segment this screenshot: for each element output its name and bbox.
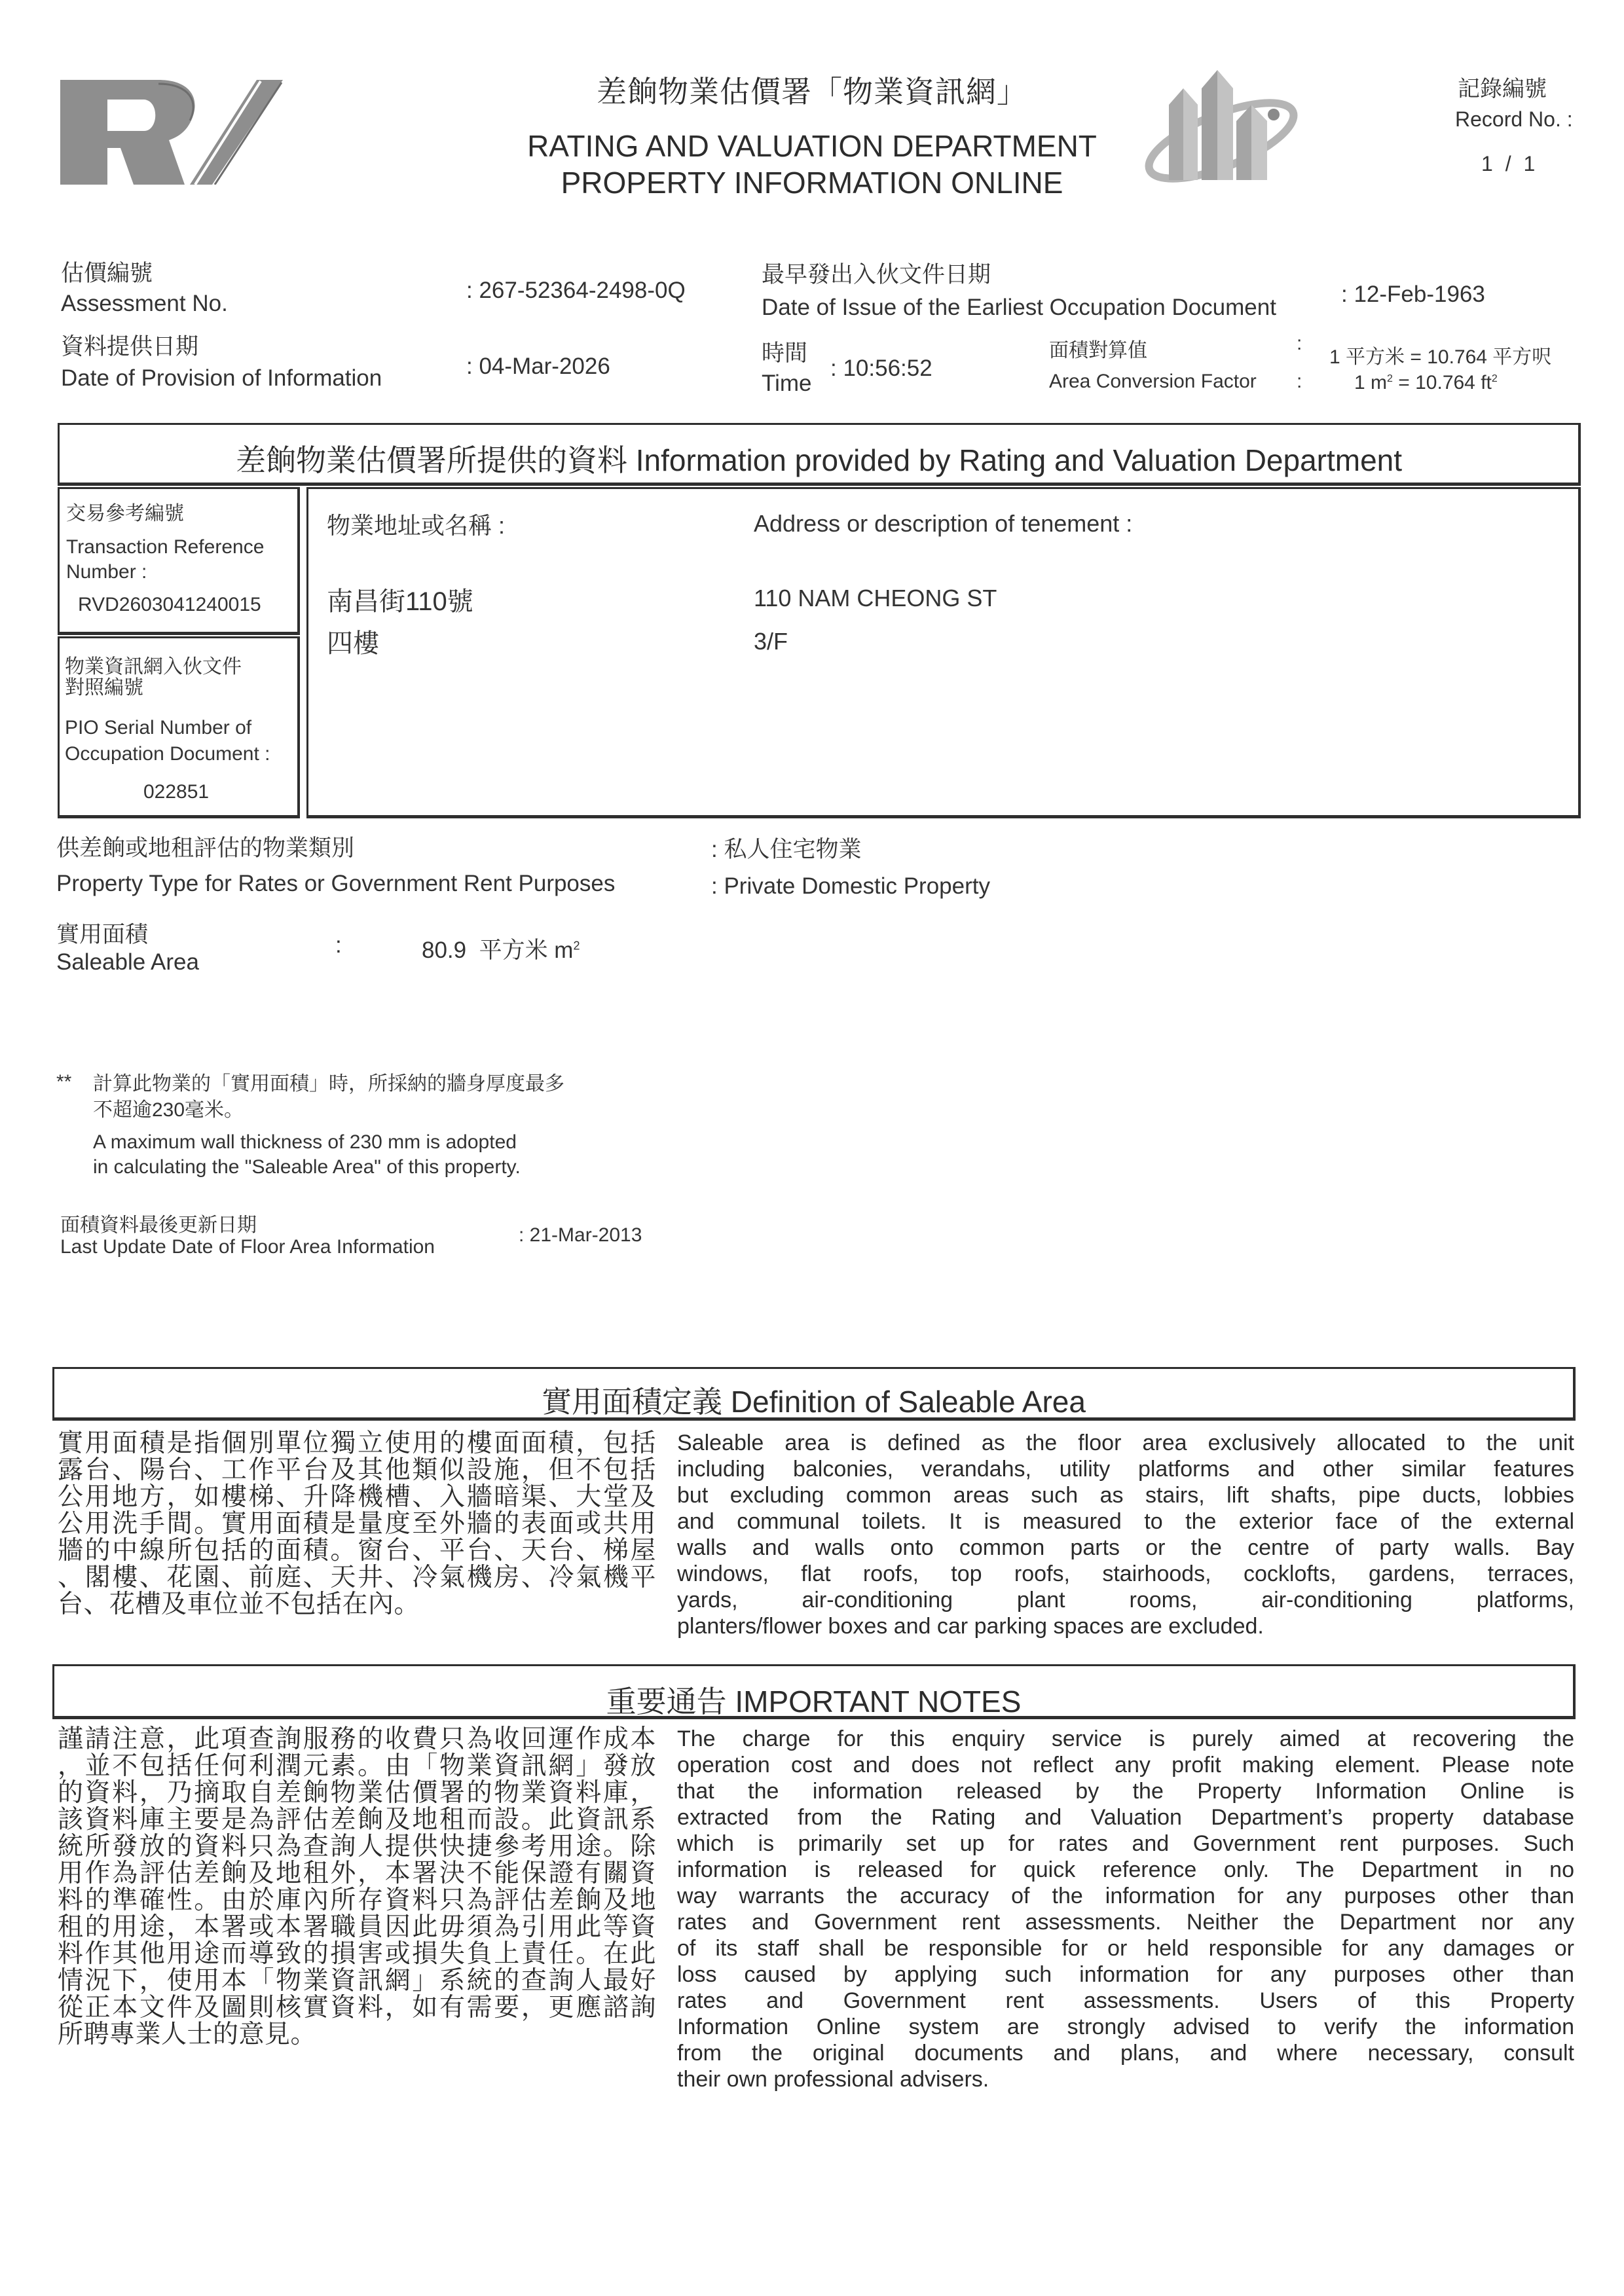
address-label-chinese: 物業地址或名稱 : — [327, 507, 505, 541]
notes-chinese-line: 租的用途，本署或本署職員因此毋須為引用此等資 — [58, 1914, 656, 1941]
notes-english-line: that the information released by the Pro… — [677, 1778, 1574, 1804]
assessment-label-chinese: 估價編號 — [61, 255, 153, 288]
notes-english-line: extracted from the Rating and Valuation … — [677, 1804, 1574, 1831]
definition-section-header: 實用面積定義 Definition of Saleable Area — [52, 1367, 1576, 1421]
record-number: 1 / 1 — [1481, 152, 1535, 176]
notes-english-line: operation cost and does not reflect any … — [677, 1752, 1574, 1778]
info-section-header: 差餉物業估價署所提供的資料 Information provided by Ra… — [58, 423, 1581, 486]
definition-english-line: yards, air-conditioning plant rooms, air… — [677, 1587, 1574, 1613]
address-english-line1: 110 NAM CHEONG ST — [754, 585, 997, 612]
notes-chinese-line: 情況下，使用本「物業資訊網」系統的查詢人最好 — [58, 1967, 656, 1994]
transaction-label-chinese: 交易參考編號 — [66, 497, 184, 526]
definition-chinese-line: 牆的中線所包括的面積。窗台、平台、天台、梯屋 — [58, 1537, 656, 1564]
page-title-service: PROPERTY INFORMATION ONLINE — [0, 165, 1624, 200]
definition-chinese-line: 公用洗手間。實用面積是量度至外牆的表面或共用 — [58, 1510, 656, 1537]
important-notes-chinese-text: 謹請注意，此項查詢服務的收費只為收回運作成本，並不包括任何利潤元素。由「物業資訊… — [58, 1726, 656, 2048]
notes-english-line: of its staff shall be responsible for or… — [677, 1935, 1574, 1961]
notes-english-line: which is primarily set up for rates and … — [677, 1831, 1574, 1857]
address-chinese-line1: 南昌街110號 — [327, 581, 473, 618]
provision-date-label: Date of Provision of Information — [61, 365, 382, 392]
definition-chinese-line: 、閣樓、花園、前庭、天井、冷氣機房、冷氣機平 — [58, 1564, 656, 1591]
definition-section-title: 實用面積定義 Definition of Saleable Area — [54, 1378, 1573, 1421]
definition-chinese-line: 實用面積是指個別單位獨立使用的樓面面積，包括 — [58, 1430, 656, 1457]
assessment-label: Assessment No. — [61, 291, 228, 317]
saleable-area-colon: : — [335, 932, 342, 958]
saleable-area-label: Saleable Area — [56, 949, 199, 975]
provision-date-value: : 04-Mar-2026 — [466, 354, 610, 380]
note-marker: ** — [56, 1071, 71, 1093]
definition-english-line: including balconies, verandahs, utility … — [677, 1456, 1574, 1482]
note-english-line1: A maximum wall thickness of 230 mm is ad… — [93, 1131, 517, 1154]
saleable-area-value: 80.9 平方米 m2 — [422, 932, 580, 965]
conversion-colon: : — [1297, 371, 1302, 393]
buildings-logo-icon — [1143, 69, 1300, 200]
assessment-number: : 267-52364-2498-0Q — [466, 278, 686, 304]
notes-english-line: their own professional advisers. — [677, 2066, 1574, 2092]
definition-english-line: Saleable area is defined as the floor ar… — [677, 1430, 1574, 1456]
definition-english-text: Saleable area is defined as the floor ar… — [677, 1430, 1574, 1639]
notes-chinese-line: 謹請注意，此項查詢服務的收費只為收回運作成本 — [58, 1726, 656, 1753]
address-chinese-line2: 四樓 — [327, 623, 379, 660]
conversion-label: Area Conversion Factor — [1049, 371, 1257, 393]
notes-chinese-line: 該資料庫主要是為評估差餉及地租而設。此資訊系 — [58, 1806, 656, 1833]
notes-chinese-line: 從正本文件及圖則核實資料，如有需要，更應諮詢 — [58, 1994, 656, 2021]
transaction-reference-box: 交易參考編號 Transaction Reference Number : RV… — [58, 487, 300, 635]
pio-label-chinese-2: 對照編號 — [65, 671, 143, 700]
notes-english-line: loss caused by applying such information… — [677, 1961, 1574, 1988]
notes-english-line: Information Online system are strongly a… — [677, 2014, 1574, 2040]
notes-english-line: rates and Government rent assessments. U… — [677, 1988, 1574, 2014]
address-box: 物業地址或名稱 : Address or description of tene… — [306, 487, 1581, 818]
notes-chinese-line: 的資料，乃摘取自差餉物業估價署的物業資料庫， — [58, 1779, 656, 1806]
page-title-chinese: 差餉物業估價署「物業資訊網」 — [0, 68, 1624, 111]
definition-english-line: and communal toilets. It is measured to … — [677, 1508, 1574, 1535]
important-notes-header: 重要通告 IMPORTANT NOTES — [52, 1664, 1576, 1719]
notes-english-line: way warrants the accuracy of the informa… — [677, 1883, 1574, 1909]
definition-chinese-line: 露台、陽台、工作平台及其他類似設施，但不包括 — [58, 1457, 656, 1484]
notes-chinese-line: 所聘專業人士的意見。 — [58, 2021, 656, 2048]
record-label-chinese: 記錄編號 — [1458, 71, 1547, 103]
property-type-value-chinese: : 私人住宅物業 — [711, 831, 861, 864]
notes-chinese-line: ，並不包括任何利潤元素。由「物業資訊網」發放 — [58, 1753, 656, 1779]
record-label: Record No. : — [1455, 107, 1573, 132]
info-section-title: 差餉物業估價署所提供的資料 Information provided by Ra… — [60, 437, 1578, 480]
property-type-label: Property Type for Rates or Government Re… — [56, 871, 615, 897]
conversion-value-chinese: 1 平方米 = 10.764 平方呎 — [1329, 340, 1551, 369]
notes-chinese-line: 用作為評估差餉及地租外，本署決不能保證有關資 — [58, 1860, 656, 1887]
transaction-label-2: Number : — [66, 561, 147, 583]
definition-english-line: but excluding common areas such as stair… — [677, 1482, 1574, 1508]
time-label-chinese: 時間 — [762, 335, 807, 368]
important-notes-english-text: The charge for this enquiry service is p… — [677, 1726, 1574, 2092]
pio-label: PIO Serial Number of — [65, 717, 251, 739]
address-english-line2: 3/F — [754, 628, 788, 655]
page-title-department: RATING AND VALUATION DEPARTMENT — [0, 128, 1624, 164]
definition-english-line: planters/flower boxes and car parking sp… — [677, 1613, 1574, 1639]
pio-serial-number: 022851 — [143, 781, 209, 803]
provision-date-label-chinese: 資料提供日期 — [61, 329, 198, 361]
notes-english-line: rates and Government rent assessments. N… — [677, 1909, 1574, 1935]
notes-english-line: information is released for quick refere… — [677, 1857, 1574, 1883]
time-label: Time — [762, 371, 811, 397]
earliest-occupation-label: Date of Issue of the Earliest Occupation… — [762, 295, 1276, 321]
conversion-value: 1 m2 = 10.764 ft2 — [1354, 372, 1498, 394]
conversion-colon: : — [1297, 333, 1302, 355]
address-label: Address or description of tenement : — [754, 510, 1132, 538]
conversion-label-chinese: 面積對算值 — [1049, 334, 1147, 363]
time-value: : 10:56:52 — [830, 355, 932, 382]
notes-chinese-line: 料作其他用途而導致的損害或損失負上責任。在此 — [58, 1941, 656, 1967]
property-type-value: : Private Domestic Property — [711, 873, 990, 900]
notes-english-line: from the original documents and plans, a… — [677, 2040, 1574, 2066]
saleable-area-label-chinese: 實用面積 — [56, 917, 148, 949]
last-update-date: : 21-Mar-2013 — [519, 1224, 642, 1247]
earliest-occupation-label-chinese: 最早發出入伙文件日期 — [762, 257, 991, 289]
notes-english-line: The charge for this enquiry service is p… — [677, 1726, 1574, 1752]
transaction-reference-number: RVD2603041240015 — [78, 594, 261, 616]
note-english-line2: in calculating the "Saleable Area" of th… — [93, 1156, 521, 1178]
earliest-occupation-date: : 12-Feb-1963 — [1341, 282, 1485, 308]
important-notes-title: 重要通告 IMPORTANT NOTES — [54, 1678, 1573, 1721]
note-chinese-line1: 計算此物業的「實用面積」時，所採納的牆身厚度最多 — [93, 1067, 564, 1096]
definition-english-line: windows, flat roofs, top roofs, stairhoo… — [677, 1561, 1574, 1587]
definition-chinese-line: 公用地方，如樓梯、升降機槽、入牆暗渠、大堂及 — [58, 1484, 656, 1510]
transaction-label: Transaction Reference — [66, 536, 264, 558]
property-type-label-chinese: 供差餉或地租評估的物業類別 — [56, 830, 354, 863]
definition-english-line: walls and walls onto common parts or the… — [677, 1535, 1574, 1561]
notes-chinese-line: 料的準確性。由於庫內所存資料只為評估差餉及地 — [58, 1887, 656, 1914]
pio-serial-box: 物業資訊網入伙文件 對照編號 PIO Serial Number of Occu… — [58, 636, 300, 818]
definition-chinese-line: 台、花槽及車位並不包括在內。 — [58, 1591, 656, 1618]
last-update-label: Last Update Date of Floor Area Informati… — [60, 1236, 435, 1258]
pio-label-2: Occupation Document : — [65, 743, 270, 765]
definition-chinese-text: 實用面積是指個別單位獨立使用的樓面面積，包括露台、陽台、工作平台及其他類似設施，… — [58, 1430, 656, 1618]
notes-chinese-line: 統所發放的資料只為查詢人提供快捷參考用途。除 — [58, 1833, 656, 1860]
last-update-label-chinese: 面積資料最後更新日期 — [60, 1209, 257, 1237]
note-chinese-line2: 不超逾230毫米。 — [93, 1093, 244, 1122]
